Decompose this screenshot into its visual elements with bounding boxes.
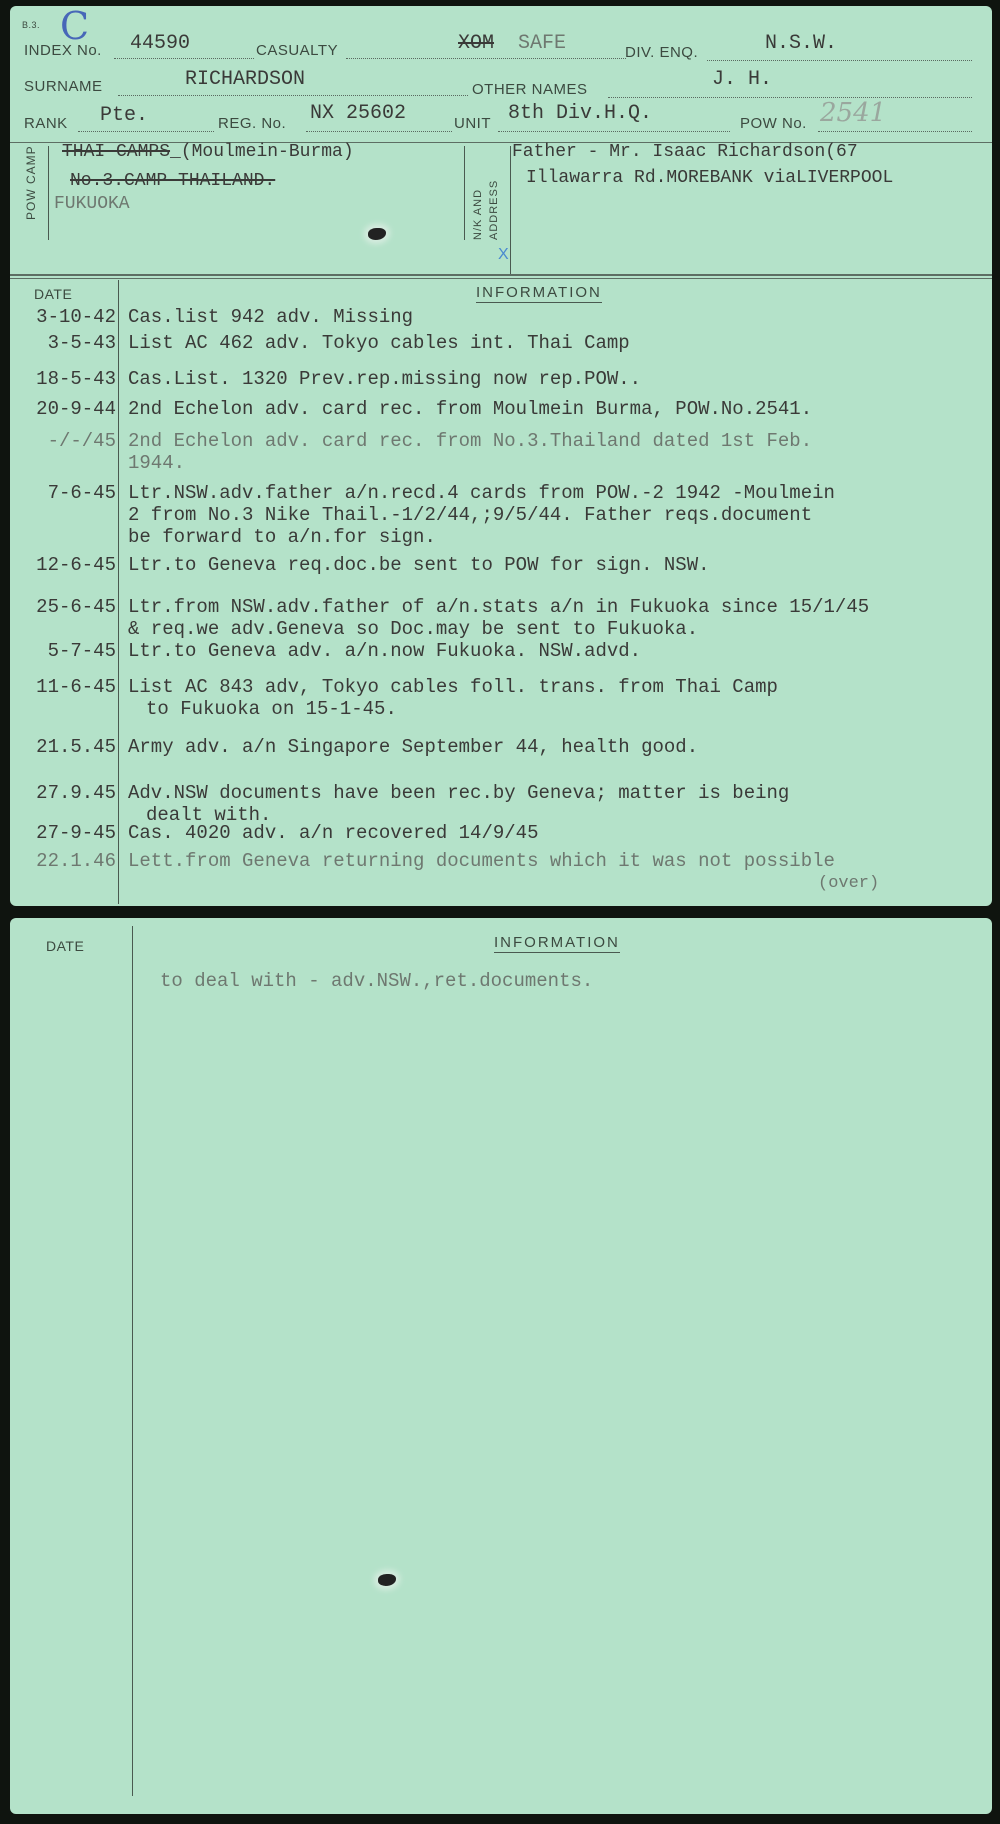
entry-text: Army adv. a/n Singapore September 44, he… [128,736,698,758]
entry-date: 22.1.46 [10,850,116,872]
record-card-front: B.3. C INDEX No. 44590 CASUALTY XOM SAFE… [10,6,992,906]
entry-date: 21.5.45 [10,736,116,758]
surname-label: SURNAME [24,78,103,95]
entry-text: & req.we adv.Geneva so Doc.may be sent t… [128,618,698,640]
entry-text: 2 from No.3 Nike Thail.-1/2/44,;9/5/44. … [128,504,812,526]
reg-no-value: NX 25602 [310,102,406,125]
over-note: (over) [818,874,879,893]
entry-text: Cas.list 942 adv. Missing [128,306,413,328]
entry-text: 2nd Echelon adv. card rec. from No.3.Tha… [128,430,812,452]
pow-camp-label: POW CAMP [24,145,38,220]
entry-text: Cas.List. 1320 Prev.rep.missing now rep.… [128,368,641,390]
casualty-label: CASUALTY [256,42,338,59]
pow-no-value: 2541 [820,98,886,128]
nok-line1: Father - Mr. Isaac Richardson(67 [512,142,858,162]
rank-label: RANK [24,115,68,132]
entry-text: Lett.from Geneva returning documents whi… [128,850,835,872]
punch-hole [368,228,386,240]
entry-text: 2nd Echelon adv. card rec. from Moulmein… [128,398,812,420]
punch-hole-back [378,1574,396,1586]
entry-date: 7-6-45 [10,482,116,504]
pow-camp-line2: No.3.CAMP THAILAND. [70,171,275,191]
nok-line2: Illawarra Rd.MOREBANK viaLIVERPOOL [526,168,893,188]
index-no-label: INDEX No. [24,42,102,59]
date-column-header: DATE [34,286,72,302]
rank-value: Pte. [100,104,148,127]
pow-camp-line3: FUKUOKA [54,194,130,214]
casualty-value: XOM SAFE [458,32,566,55]
entry-text: List AC 843 adv, Tokyo cables foll. tran… [128,676,778,698]
div-enq-label: DIV. ENQ. [625,44,698,61]
back-entry-text: to deal with - adv.NSW.,ret.documents. [160,970,593,992]
pow-no-label: POW No. [740,115,807,132]
entry-date: 25-6-45 [10,596,116,618]
entry-date: 27.9.45 [10,782,116,804]
entry-date: 18-5-43 [10,368,116,390]
entry-text: Ltr.to Geneva adv. a/n.now Fukuoka. NSW.… [128,640,641,662]
other-names-value: J. H. [712,68,772,91]
form-code: B.3. [22,20,40,30]
other-names-label: OTHER NAMES [472,81,588,98]
unit-label: UNIT [454,115,491,132]
information-column-header: INFORMATION [476,284,602,303]
entry-text: Ltr.NSW.adv.father a/n.recd.4 cards from… [128,482,835,504]
div-enq-value: N.S.W. [765,32,837,55]
entry-text: Adv.NSW documents have been rec.by Genev… [128,782,789,804]
index-no-value: 44590 [130,32,190,55]
entry-date: 20-9-44 [10,398,116,420]
entry-text: Cas. 4020 adv. a/n recovered 14/9/45 [128,822,538,844]
back-date-column-header: DATE [46,938,84,954]
record-card-back: DATE INFORMATION to deal with - adv.NSW.… [10,918,992,1814]
entry-date: 3-10-42 [10,306,116,328]
entry-text: Ltr.to Geneva req.doc.be sent to POW for… [128,554,710,576]
unit-value: 8th Div.H.Q. [508,102,652,125]
entry-date: 27-9-45 [10,822,116,844]
pow-camp-line1: THAI CAMPS_(Moulmein-Burma) [62,142,354,162]
entry-date: -/-/45 [10,430,116,452]
entry-text: be forward to a/n.for sign. [128,526,436,548]
surname-value: RICHARDSON [185,68,305,91]
entry-text: List AC 462 adv. Tokyo cables int. Thai … [128,332,630,354]
entry-text: to Fukuoka on 15-1-45. [146,698,397,720]
entry-text: 1944. [128,452,185,474]
nk-and-label: N/K AND [472,189,484,240]
reg-no-label: REG. No. [218,115,286,132]
back-information-column-header: INFORMATION [494,934,620,953]
address-label: ADDRESS [488,180,500,240]
entry-date: 3-5-43 [10,332,116,354]
entry-date: 12-6-45 [10,554,116,576]
entry-date: 11-6-45 [10,676,116,698]
entry-text: Ltr.from NSW.adv.father of a/n.stats a/n… [128,596,869,618]
pen-mark-x: X [498,246,509,264]
entry-date: 5-7-45 [10,640,116,662]
